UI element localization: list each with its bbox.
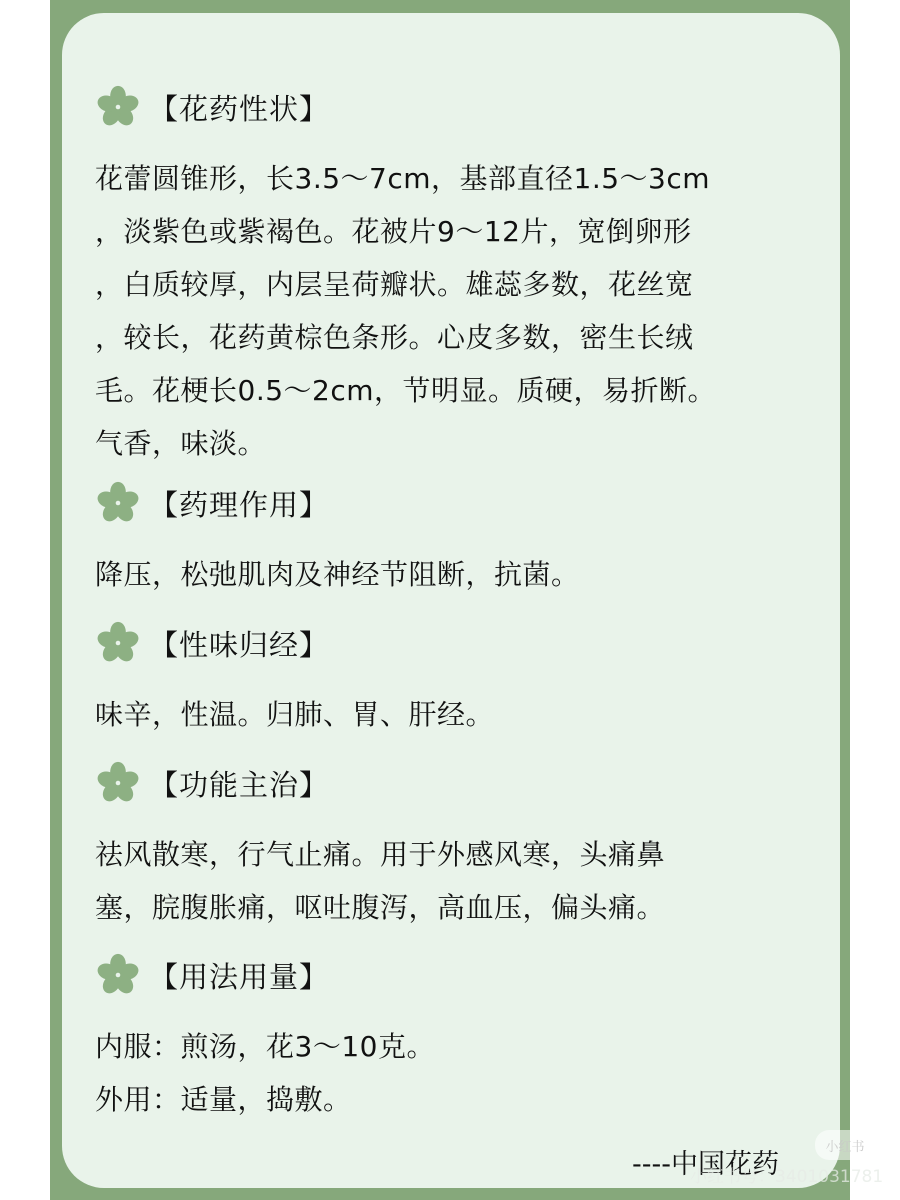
section-heading-pharmacology: 【药理作用】 xyxy=(95,478,329,528)
section-body-dosage: 内服：煎汤，花3～10克。 外用：适量，捣敷。 xyxy=(95,1020,805,1126)
text-line: ，淡紫色或紫褐色。花被片9～12片，宽倒卵形 xyxy=(95,205,805,258)
flower-icon xyxy=(95,952,141,998)
text-line: 味辛，性温。归肺、胃、肝经。 xyxy=(95,688,805,741)
section-body-functions: 祛风散寒，行气止痛。用于外感风寒，头痛鼻 塞，脘腹胀痛，呕吐腹泻，高血压，偏头痛… xyxy=(95,828,805,934)
section-heading-functions: 【功能主治】 xyxy=(95,758,329,808)
text-line: 外用：适量，捣敷。 xyxy=(95,1073,805,1126)
flower-icon xyxy=(95,480,141,526)
section-title: 【药理作用】 xyxy=(149,483,329,524)
flower-icon xyxy=(95,84,141,130)
text-line: 气香，味淡。 xyxy=(95,417,805,470)
section-body-pharmacology: 降压，松弛肌肉及神经节阻断，抗菌。 xyxy=(95,548,805,601)
flower-icon xyxy=(95,620,141,666)
text-line: 祛风散寒，行气止痛。用于外感风寒，头痛鼻 xyxy=(95,828,805,881)
text-line: 塞，脘腹胀痛，呕吐腹泻，高血压，偏头痛。 xyxy=(95,881,805,934)
watermark-id: 小红书号：3401031781 xyxy=(690,1162,883,1187)
flower-icon xyxy=(95,760,141,806)
watermark-logo: 小红书 xyxy=(815,1130,875,1160)
section-heading-properties: 【性味归经】 xyxy=(95,618,329,668)
text-line: 内服：煎汤，花3～10克。 xyxy=(95,1020,805,1073)
section-title: 【功能主治】 xyxy=(149,763,329,804)
text-line: ，较长，花药黄棕色条形。心皮多数，密生长绒 xyxy=(95,311,805,364)
section-title: 【性味归经】 xyxy=(149,623,329,664)
section-body-properties: 味辛，性温。归肺、胃、肝经。 xyxy=(95,688,805,741)
section-body-appearance: 花蕾圆锥形，长3.5～7cm，基部直径1.5～3cm ，淡紫色或紫褐色。花被片9… xyxy=(95,152,805,470)
section-heading-dosage: 【用法用量】 xyxy=(95,950,329,1000)
text-line: 降压，松弛肌肉及神经节阻断，抗菌。 xyxy=(95,548,805,601)
text-line: 花蕾圆锥形，长3.5～7cm，基部直径1.5～3cm xyxy=(95,152,805,205)
text-line: 毛。花梗长0.5～2cm，节明显。质硬，易折断。 xyxy=(95,364,805,417)
section-title: 【花药性状】 xyxy=(149,87,329,128)
section-heading-appearance: 【花药性状】 xyxy=(95,82,329,132)
text-line: ，白质较厚，内层呈荷瓣状。雄蕊多数，花丝宽 xyxy=(95,258,805,311)
section-title: 【用法用量】 xyxy=(149,955,329,996)
